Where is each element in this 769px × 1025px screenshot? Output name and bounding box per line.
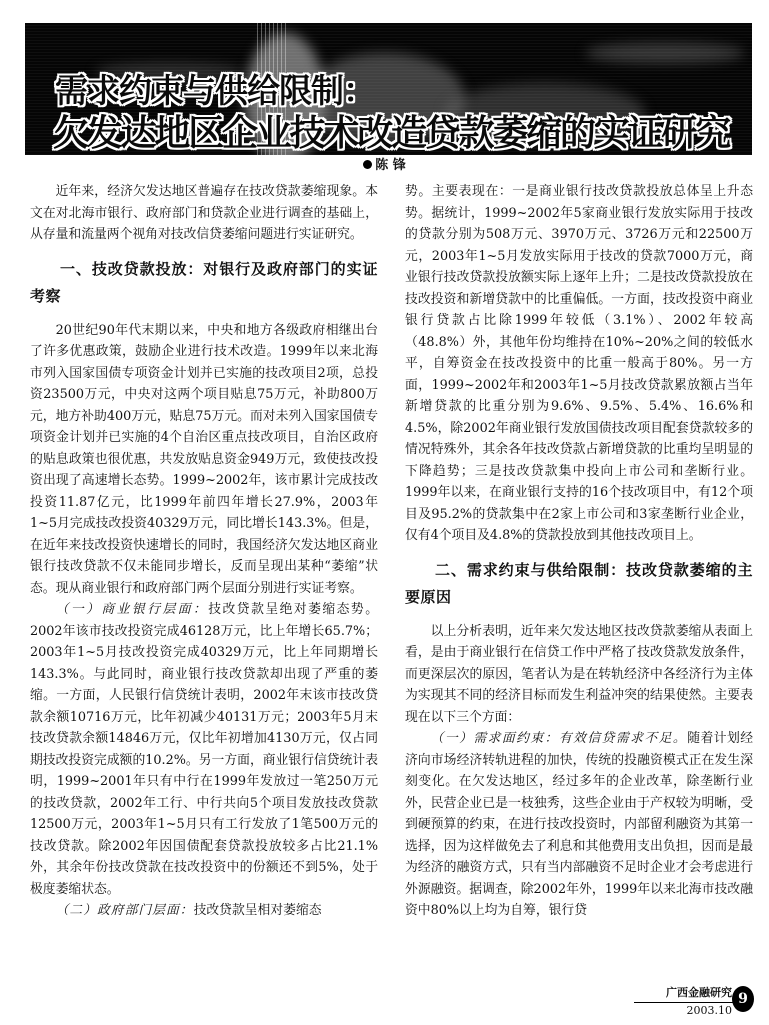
- section-2-heading: 二、需求约束与供给限制：技改贷款萎缩的主要原因: [405, 557, 753, 611]
- subsection-1-text: 技改贷款呈绝对萎缩态势。2002年该市技改投资完成46128万元，比上年增长65…: [30, 602, 378, 897]
- page-footer: 广西金融研究 2003.10 9: [620, 980, 760, 1020]
- page-number: 9: [732, 986, 754, 1012]
- article-title-line-2: 欠发达地区企业技术改造贷款萎缩的实证研究: [53, 105, 752, 155]
- subsection-paragraph: （一）需求面约束：有效信贷需求不足。随着计划经济向市场经济转轨进程的加快，传统的…: [405, 728, 753, 922]
- subsection-1-label: （一）商业银行层面：: [56, 602, 209, 617]
- author-name: 陈 锋: [375, 158, 406, 173]
- issue-date: 2003.10: [687, 1004, 733, 1017]
- subsection-1-paragraph: （一）商业银行层面：技改贷款呈绝对萎缩态势。2002年该市技改投资完成46128…: [30, 599, 378, 900]
- subsection-2-text: 技改贷款呈相对萎缩态: [194, 903, 322, 918]
- title-banner: 需求约束与供给限制： 欠发达地区企业技术改造贷款萎缩的实证研究: [25, 23, 752, 155]
- author-byline: 陈 锋: [0, 154, 769, 173]
- journal-name: 广西金融研究: [666, 984, 732, 1000]
- subsection-2-paragraph: （二）政府部门层面：技改贷款呈相对萎缩态: [30, 900, 378, 922]
- section-1-heading: 一、技改贷款投放：对银行及政府部门的实证考察: [30, 256, 378, 310]
- body-paragraph-continued: 势。主要表现在：一是商业银行技改贷款投放总体呈上升态势。据统计，1999~200…: [405, 181, 753, 547]
- subsection-2-label: （二）政府部门层面：: [56, 903, 194, 918]
- left-column: 近年来，经济欠发达地区普遍存在技改贷款萎缩现象。本文在对北海市银行、政府部门和贷…: [30, 181, 378, 922]
- right-column: 势。主要表现在：一是商业银行技改贷款投放总体呈上升态势。据统计，1999~200…: [405, 181, 753, 922]
- bullet-icon: [363, 160, 372, 169]
- body-paragraph: 20世纪90年代末期以来，中央和地方各级政府相继出台了许多优惠政策，鼓励企业进行…: [30, 320, 378, 600]
- subsection-text: 随着计划经济向市场经济转轨进程的加快，传统的投融资模式正在发生深刻变化。在欠发达…: [405, 731, 753, 918]
- footer-divider: [634, 1002, 734, 1003]
- subsection-label: （一）需求面约束：有效信贷需求不足。: [431, 731, 688, 746]
- intro-paragraph: 近年来，经济欠发达地区普遍存在技改贷款萎缩现象。本文在对北海市银行、政府部门和贷…: [30, 181, 378, 246]
- body-paragraph: 以上分析表明，近年来欠发达地区技改贷款萎缩从表面上看，是由于商业银行在信贷工作中…: [405, 621, 753, 729]
